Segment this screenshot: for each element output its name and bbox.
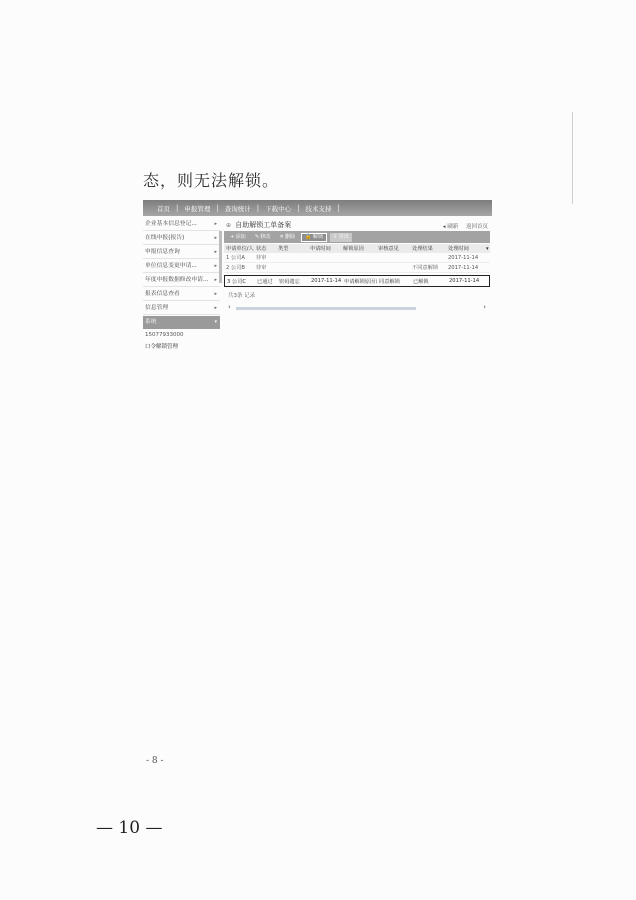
intro-text: 态，则无法解锁。 [143,168,279,191]
column-header[interactable]: 申请单位/人 [224,245,254,252]
table-header: 申请单位/人 状态 类型 申请时间 解锁原因 审核意见 处理结果 处理时间 ▾ [224,244,490,253]
nav-item-query[interactable]: 查询统计 [219,204,257,213]
chevron-right-icon: ▸ [214,301,217,315]
embedded-screenshot: 首页 | 申报管理 | 查询统计 | 下载中心 | 技术支持 | 企业基本信息登… [143,200,493,352]
home-link[interactable]: 返回首页 [466,224,488,230]
scroll-left-icon[interactable]: ‹ [228,303,231,311]
table-cell: 密码遗忘 [277,278,309,285]
pencil-icon: ✎ [255,233,259,242]
button-label: 添加 [235,233,245,242]
table-cell: 2 公司B [224,264,254,271]
sidebar-item[interactable]: 企业基本信息登记...▸ [143,217,220,231]
toolbar: +添加 ✎修改 ✕删除 🔓解锁 ⇩导出 [224,231,490,243]
table-cell: 待审 [254,254,276,261]
panel-links: ◂ 刷新 返回首页 [437,222,488,230]
table-cell: 1 公司A [224,254,254,261]
chevron-right-icon: ▸ [214,273,217,287]
records-table: 申请单位/人 状态 类型 申请时间 解锁原因 审核意见 处理结果 处理时间 ▾ … [224,244,490,287]
export-icon: ⇩ [333,233,337,242]
scan-artifact-line [572,112,573,204]
sidebar: 企业基本信息登记...▸ 在线申报(报告)▸ 申报信息查询▸ 单位信息变更申请.… [143,217,220,353]
record-count: 共3条 记录 [228,291,255,299]
chevron-down-icon: ▾ [214,316,217,329]
column-header[interactable]: 处理结果 [410,245,446,252]
button-label: 导出 [338,233,348,242]
chevron-right-icon: ▸ [214,231,217,245]
sidebar-item[interactable]: 信息管理▸ [143,301,220,315]
button-label: 解锁 [313,233,323,242]
chevron-right-icon: ▸ [214,287,217,301]
scrollbar-thumb[interactable] [236,307,416,310]
panel-title-text: 自助解锁工单备案 [235,221,291,229]
button-label: 修改 [260,233,270,242]
table-cell: 已解锁 [411,278,447,285]
sidebar-subitem[interactable]: 15077933000 [143,329,220,341]
button-label: 删除 [285,233,295,242]
table-cell: 3 公司C [225,278,255,285]
nav-item-home[interactable]: 首页 [151,204,176,213]
table-cell: 2017-11-14 [447,278,485,284]
plus-icon: + [230,233,234,242]
sidebar-item[interactable]: 在线申报(报告)▸ [143,231,220,245]
column-header[interactable]: 类型 [276,245,308,252]
sidebar-subitem[interactable]: 口令解锁管理 [143,341,220,353]
nav-separator: | [337,204,339,212]
panel-title: ⊕ 自助解锁工单备案 [226,220,291,230]
sidebar-item-label: 年度申报数据修改申请... [145,277,209,283]
table-cell: 不同意解锁 [410,264,446,271]
sidebar-item-label: 申报信息查询 [145,249,180,255]
sidebar-item[interactable]: 单位信息变更申请...▸ [143,259,220,273]
top-nav-bar: 首页 | 申报管理 | 查询统计 | 下载中心 | 技术支持 | [143,200,492,216]
chevron-right-icon: ▸ [214,217,217,231]
nav-item-declaration[interactable]: 申报管理 [178,204,216,213]
sidebar-item-label: 系统 [145,319,157,325]
sidebar-item[interactable]: 年度申报数据修改申请...▸ [143,273,220,287]
column-header[interactable]: 审核意见 [376,245,410,252]
refresh-link[interactable]: ◂ 刷新 [443,224,459,230]
table-row[interactable]: 1 公司A 待审 2017-11-14 [224,253,490,263]
chevron-right-icon: ▸ [214,259,217,273]
nav-item-download[interactable]: 下载中心 [259,204,297,213]
sidebar-item[interactable]: 报表信息查看▸ [143,287,220,301]
export-button[interactable]: ⇩导出 [330,233,352,242]
table-row-selected[interactable]: 3 公司C 已通过 密码遗忘 2017-11-14 申请解锁原因说明 同意解锁 … [224,275,490,287]
sidebar-item-selected[interactable]: 系统▾ [143,316,220,329]
table-cell: 2017-11-14 [309,278,342,284]
unlock-button[interactable]: 🔓解锁 [301,233,327,242]
column-header[interactable]: 状态 [254,245,276,252]
sidebar-item-label: 信息管理 [145,305,168,311]
delete-icon: ✕ [280,233,284,242]
column-header[interactable]: 解锁原因 [341,245,376,252]
table-cell: 同意解锁 [377,278,411,285]
column-header[interactable]: 处理时间 [446,245,484,252]
panel-icon: ⊕ [226,222,231,229]
delete-button[interactable]: ✕删除 [277,233,299,242]
horizontal-scrollbar[interactable]: ‹ › [226,305,490,312]
table-row[interactable]: 2 公司B 待审 不同意解锁 2017-11-14 [224,263,490,273]
sidebar-item-label: 报表信息查看 [145,291,180,297]
page-number: — 10 — [96,818,162,838]
sidebar-item-label: 单位信息变更申请... [145,263,197,269]
table-cell: 申请解锁原因说明 [342,278,377,285]
unlock-icon: 🔓 [305,233,311,242]
table-cell: 2017-11-14 [446,265,484,271]
edit-button[interactable]: ✎修改 [252,233,274,242]
scroll-right-icon[interactable]: › [483,303,486,311]
sidebar-item-label: 企业基本信息登记... [145,221,197,227]
nav-item-support[interactable]: 技术支持 [299,204,337,213]
chevron-right-icon: ▸ [214,245,217,259]
table-cell: 2017-11-14 [446,255,484,261]
sidebar-scrollbar[interactable] [219,231,222,283]
sidebar-item[interactable]: 申报信息查询▸ [143,245,220,259]
inner-page-number: - 8 - [146,756,164,766]
column-header[interactable]: 申请时间 [308,245,341,252]
table-cell: 已通过 [255,278,277,285]
add-button[interactable]: +添加 [227,233,249,242]
sidebar-item-label: 在线申报(报告) [145,235,184,241]
table-cell: 待审 [254,264,276,271]
column-menu-icon[interactable]: ▾ [484,246,490,252]
